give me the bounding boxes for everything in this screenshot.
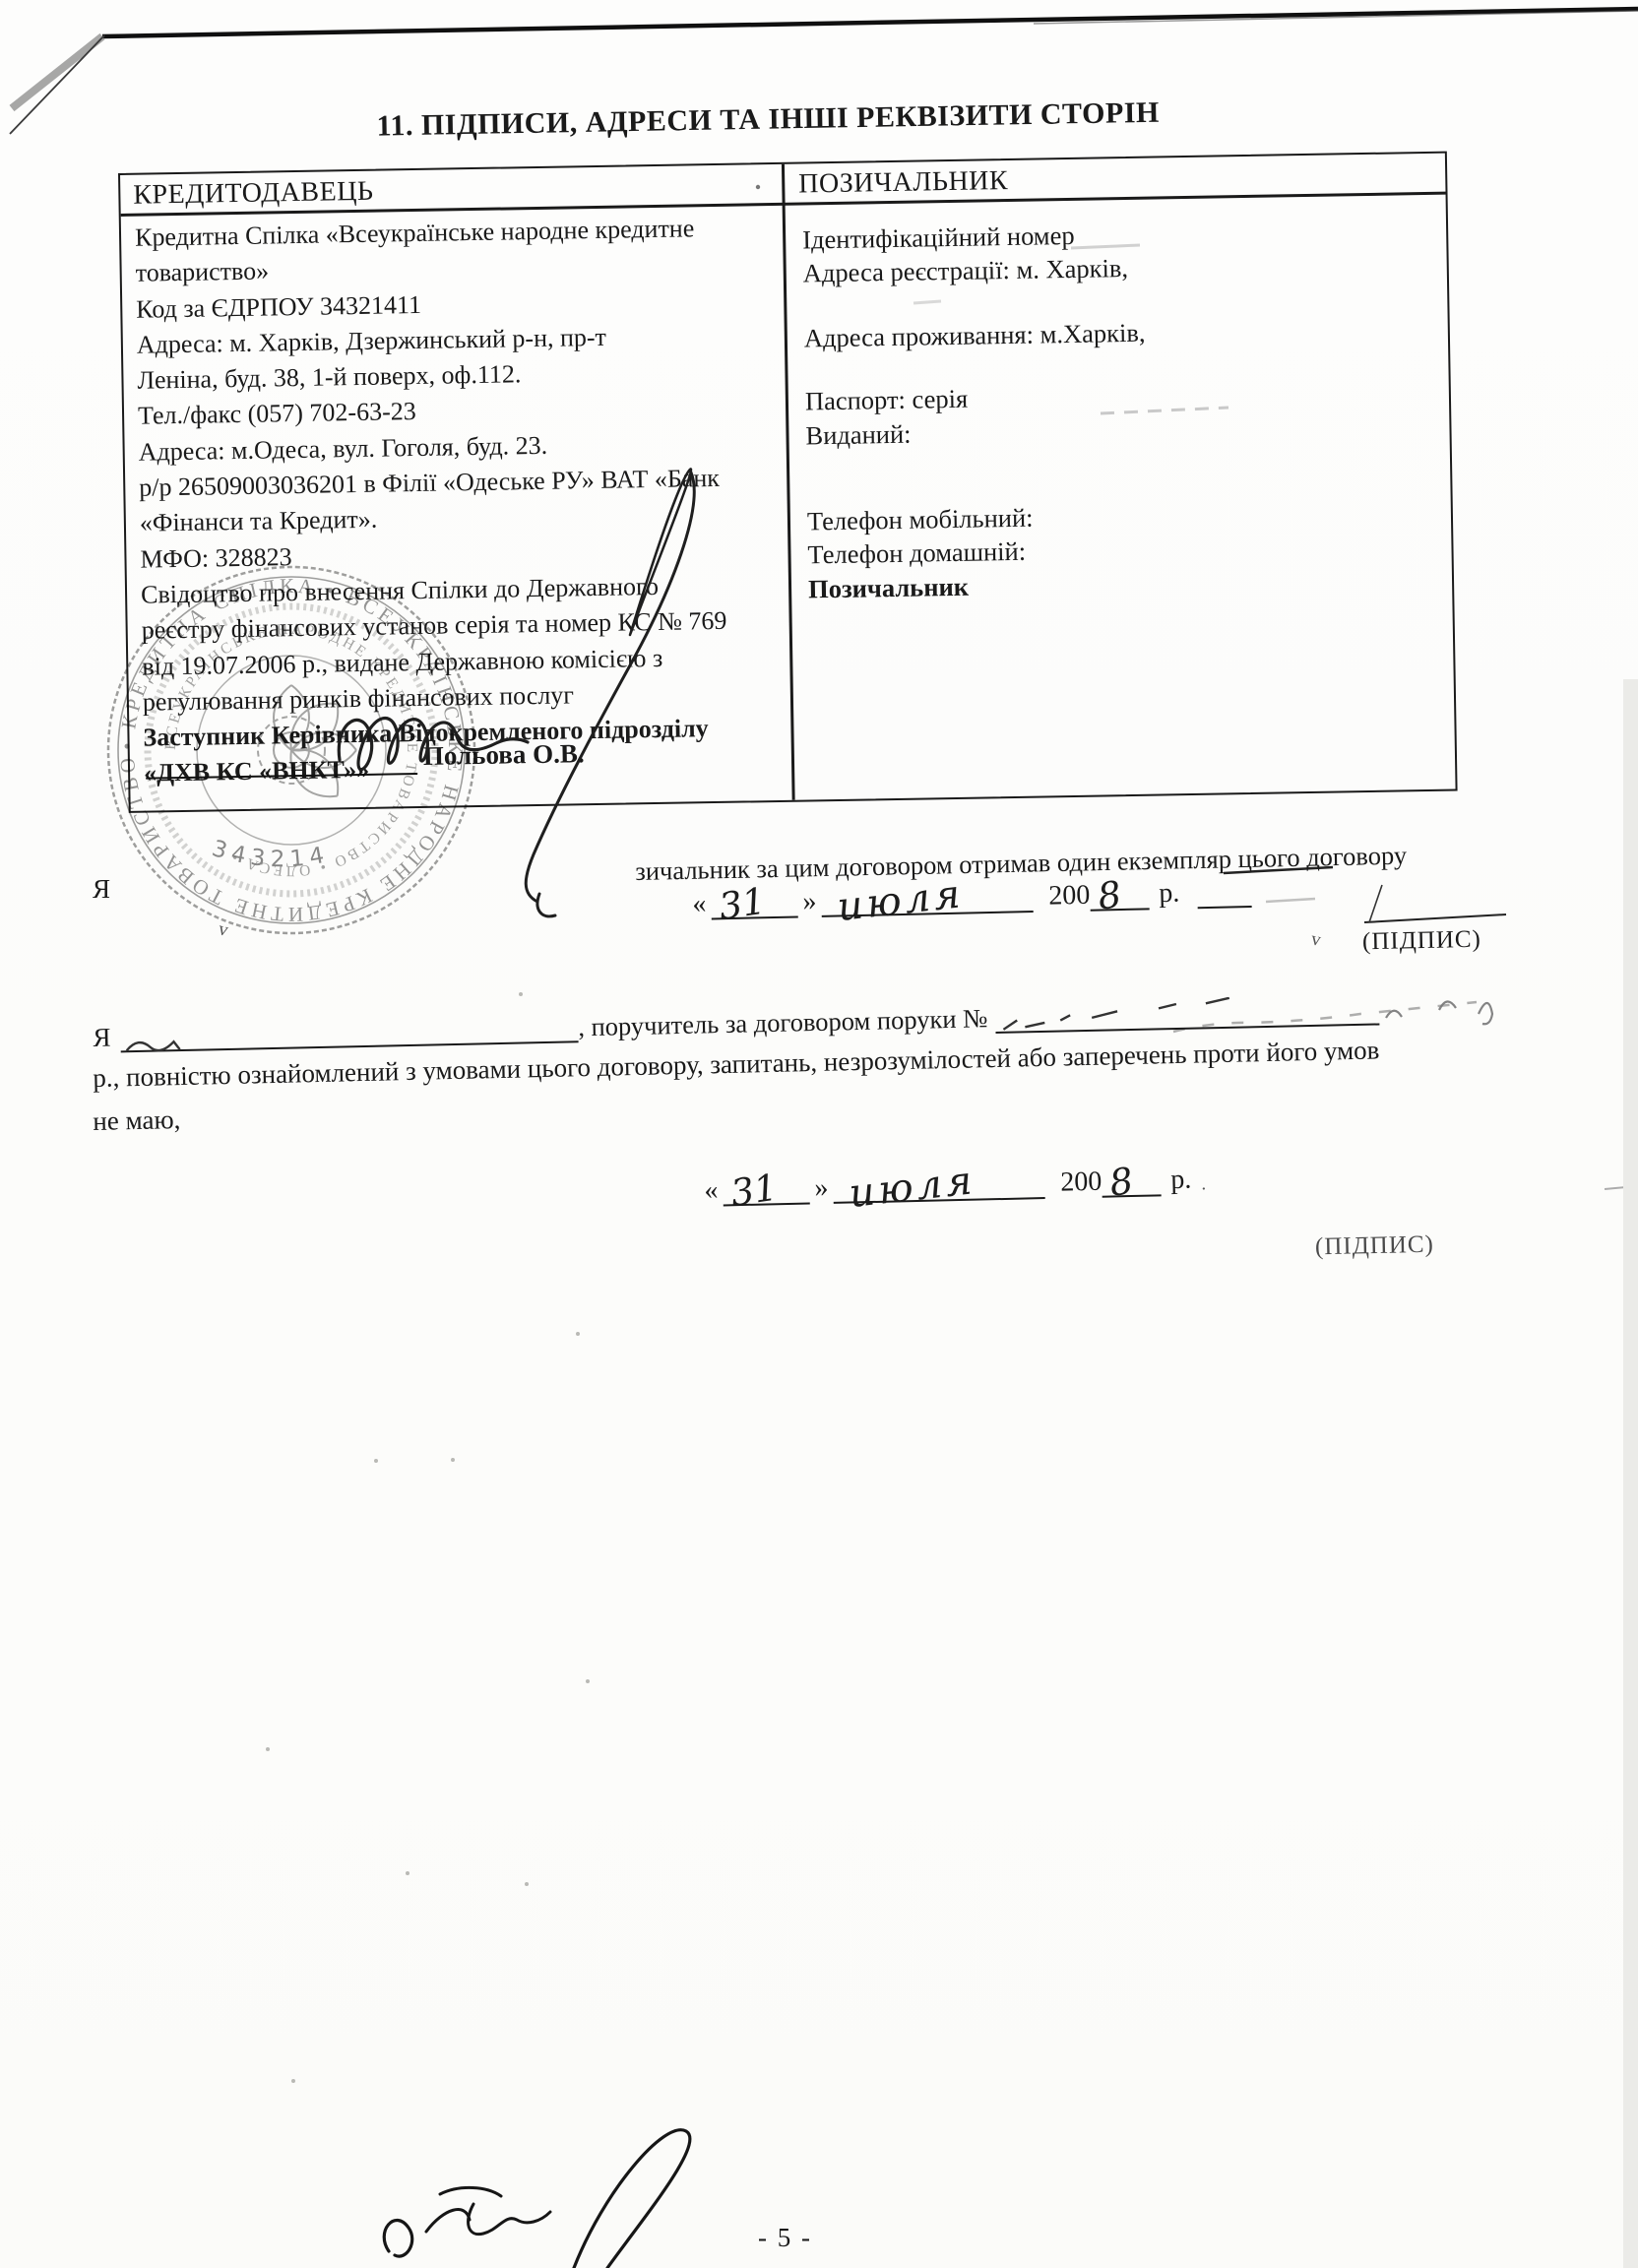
open-quote: « [704,1175,719,1207]
year-blank: 8 [1102,1161,1162,1197]
handwritten-year-digit: 8 [1096,876,1124,915]
borrower-field: Виданий: [805,419,912,452]
scan-speck [576,1332,580,1336]
bottom-signature-ink [349,2102,773,2268]
handwritten-day: 31 [728,1169,780,1212]
borrower-label: Позичальник [808,572,969,605]
scan-speck [374,1459,378,1463]
surety-number-blank [995,991,1380,1033]
scanned-contract-page: 11. ПІДПИСИ, АДРЕСИ ТА ІНШІ РЕКВІЗИТИ СТ… [0,0,1638,2268]
scan-speck [291,2079,295,2083]
scan-speck [525,1882,529,1886]
year-suffix: р. [1159,878,1180,910]
day-blank: 31 [711,882,798,919]
stray-dot: . [1201,1173,1206,1195]
scan-speck [519,992,523,996]
official-stamp: • КРЕДИТНА СПІЛКА • ВСЕУКРАЇНСЬКЕ НАРОДН… [96,541,494,955]
scan-speck [451,1458,455,1462]
handwritten-day: 31 [717,883,768,925]
year-prefix: 200 [1048,880,1091,913]
borrower-field: Адреса проживання: м.Харків, [804,318,1146,354]
borrower-header-cell: ПОЗИЧАЛЬНИК [798,165,1008,201]
scan-speck [406,1871,409,1875]
open-quote: « [692,889,707,920]
guarantor-pronoun: Я [93,1023,111,1053]
lender-header-cell: КРЕДИТОДАВЕЦЬ [133,176,374,212]
handwritten-year-digit: 8 [1107,1163,1136,1202]
borrower-field: Ідентифікаційний номер [802,220,1075,256]
day-blank: 31 [723,1168,810,1206]
year-prefix: 200 [1060,1166,1102,1199]
guarantor-text-line3: не маю, [93,1104,181,1137]
handwritten-scrawl [995,993,1380,1040]
month-blank: июля [833,1164,1045,1204]
signature-label-borrower: (ПІДПИС) [1362,926,1481,957]
signature-label-guarantor: (ПІДПИС) [1315,1231,1434,1262]
trailing-blank [1197,872,1252,909]
stamp-center-ornament [258,685,356,808]
scan-speck [586,1679,590,1683]
borrower-field: Адреса реєстрації: м. Харків, [803,253,1129,288]
borrower-field: Паспорт: серія [805,384,969,417]
scan-speck [266,1747,270,1751]
borrower-field: Телефон домашній: [807,536,1026,571]
borrower-ack-pronoun: Я [93,874,110,905]
scan-edge-shadow [1623,679,1638,2268]
close-quote: » [814,1172,829,1204]
handwritten-mark [120,1027,239,1063]
year-blank: 8 [1090,874,1150,911]
month-blank: июля [821,877,1034,917]
borrower-field: Телефон мобільний: [807,503,1034,537]
year-suffix: р. [1170,1165,1192,1196]
close-quote: » [802,886,817,917]
page-number: - 5 - [758,2223,812,2253]
